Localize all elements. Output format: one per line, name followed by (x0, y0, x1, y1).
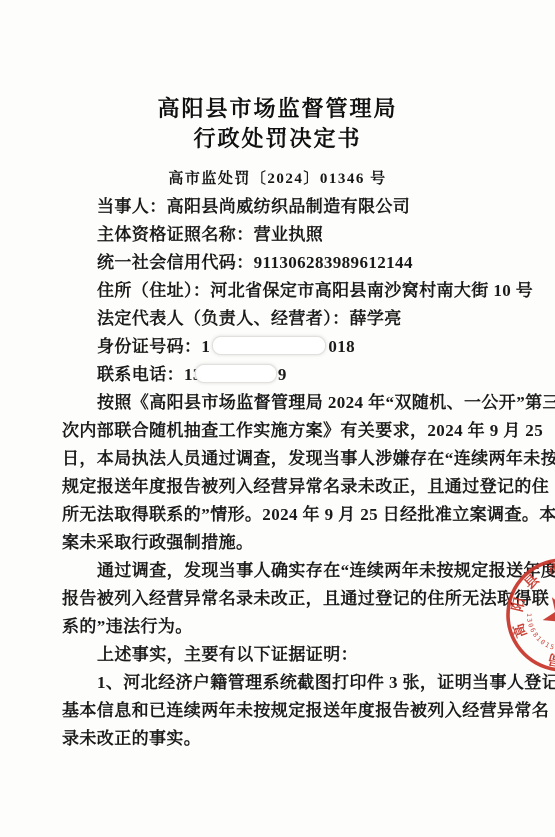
id-number-suffix: 018 (328, 337, 355, 356)
official-seal: 高阳县市场监督管理局 1306810152 (493, 545, 555, 685)
phone-prefix: 联系电话：13 (97, 365, 202, 384)
svg-text:1: 1 (525, 613, 533, 617)
document-title-line1: 高阳县市场监督管理局 (0, 94, 555, 124)
para4-line: 录未改正的事实。 (62, 725, 494, 753)
document-number: 高市监处罚〔2024〕01346 号 (0, 167, 555, 188)
para1-line: 次内部联合随机抽查工作实施方案》有关要求，2024 年 9 月 25 (62, 417, 494, 445)
seal-rotated-group: 高阳县市场监督管理局 1306810152 (493, 545, 555, 685)
document-header: 高阳县市场监督管理局 行政处罚决定书 高市监处罚〔2024〕01346 号 (0, 94, 555, 188)
seal-ring (493, 545, 555, 685)
para2-line: 通过调查，发现当事人确实存在“连续两年未按规定报送年度 (62, 557, 494, 585)
svg-text:局: 局 (547, 651, 555, 669)
para2-line: 报告被列入经营异常名录未改正，且通过登记的住所无法取得联 (62, 585, 494, 613)
para1-line: 规定报送年度报告被列入经营异常名录未改正，且通过登记的住 (62, 473, 494, 501)
redaction-box-phone (195, 364, 277, 383)
document-body: 当事人：高阳县尚威纺织品制造有限公司 主体资格证照名称：营业执照 统一社会信用代… (62, 193, 494, 753)
field-license-name: 主体资格证照名称：营业执照 (62, 221, 494, 249)
para1-line: 日，本局执法人员通过调查，发现当事人涉嫌存在“连续两年未按 (62, 445, 494, 473)
field-address: 住所（住址）：河北省保定市高阳县南沙窝村南大街 10 号 (62, 277, 494, 305)
document-page: 高阳县市场监督管理局 行政处罚决定书 高市监处罚〔2024〕01346 号 当事… (0, 0, 555, 837)
seal-rim-chars: 高阳县市场监督管理局 (493, 545, 555, 685)
svg-text:阳: 阳 (509, 596, 528, 613)
id-number-prefix: 身份证号码：1 (97, 337, 210, 356)
field-phone: 联系电话：139 (62, 361, 494, 389)
svg-text:市: 市 (547, 561, 555, 579)
field-legal-rep: 法定代表人（负责人、经营者）：薛学亮 (62, 305, 494, 333)
redaction-box-id (212, 336, 326, 355)
para4-line: 1、河北经济户籍管理系统截图打印件 3 张，证明当事人登记 (62, 669, 494, 697)
para3-line: 上述事实，主要有以下证据证明： (62, 641, 494, 669)
para2-line: 系的”违法行为。 (62, 613, 494, 641)
document-title-line2: 行政处罚决定书 (0, 124, 555, 154)
para1-line: 案未采取行政强制措施。 (62, 529, 494, 557)
field-credit-code: 统一社会信用代码：911306283989612144 (62, 249, 494, 277)
phone-suffix: 9 (278, 365, 287, 384)
para4-line: 基本信息和已连续两年未按规定报送年度报告被列入经营异常名 (62, 697, 494, 725)
field-id-number: 身份证号码：1018 (62, 333, 494, 361)
field-party: 当事人：高阳县尚威纺织品制造有限公司 (62, 193, 494, 221)
para1-line: 按照《高阳县市场监督管理局 2024 年“双随机、一公开”第三 (62, 389, 494, 417)
para1-line: 所无法取得联系的”情形。2024 年 9 月 25 日经批准立案调查。本 (62, 501, 494, 529)
